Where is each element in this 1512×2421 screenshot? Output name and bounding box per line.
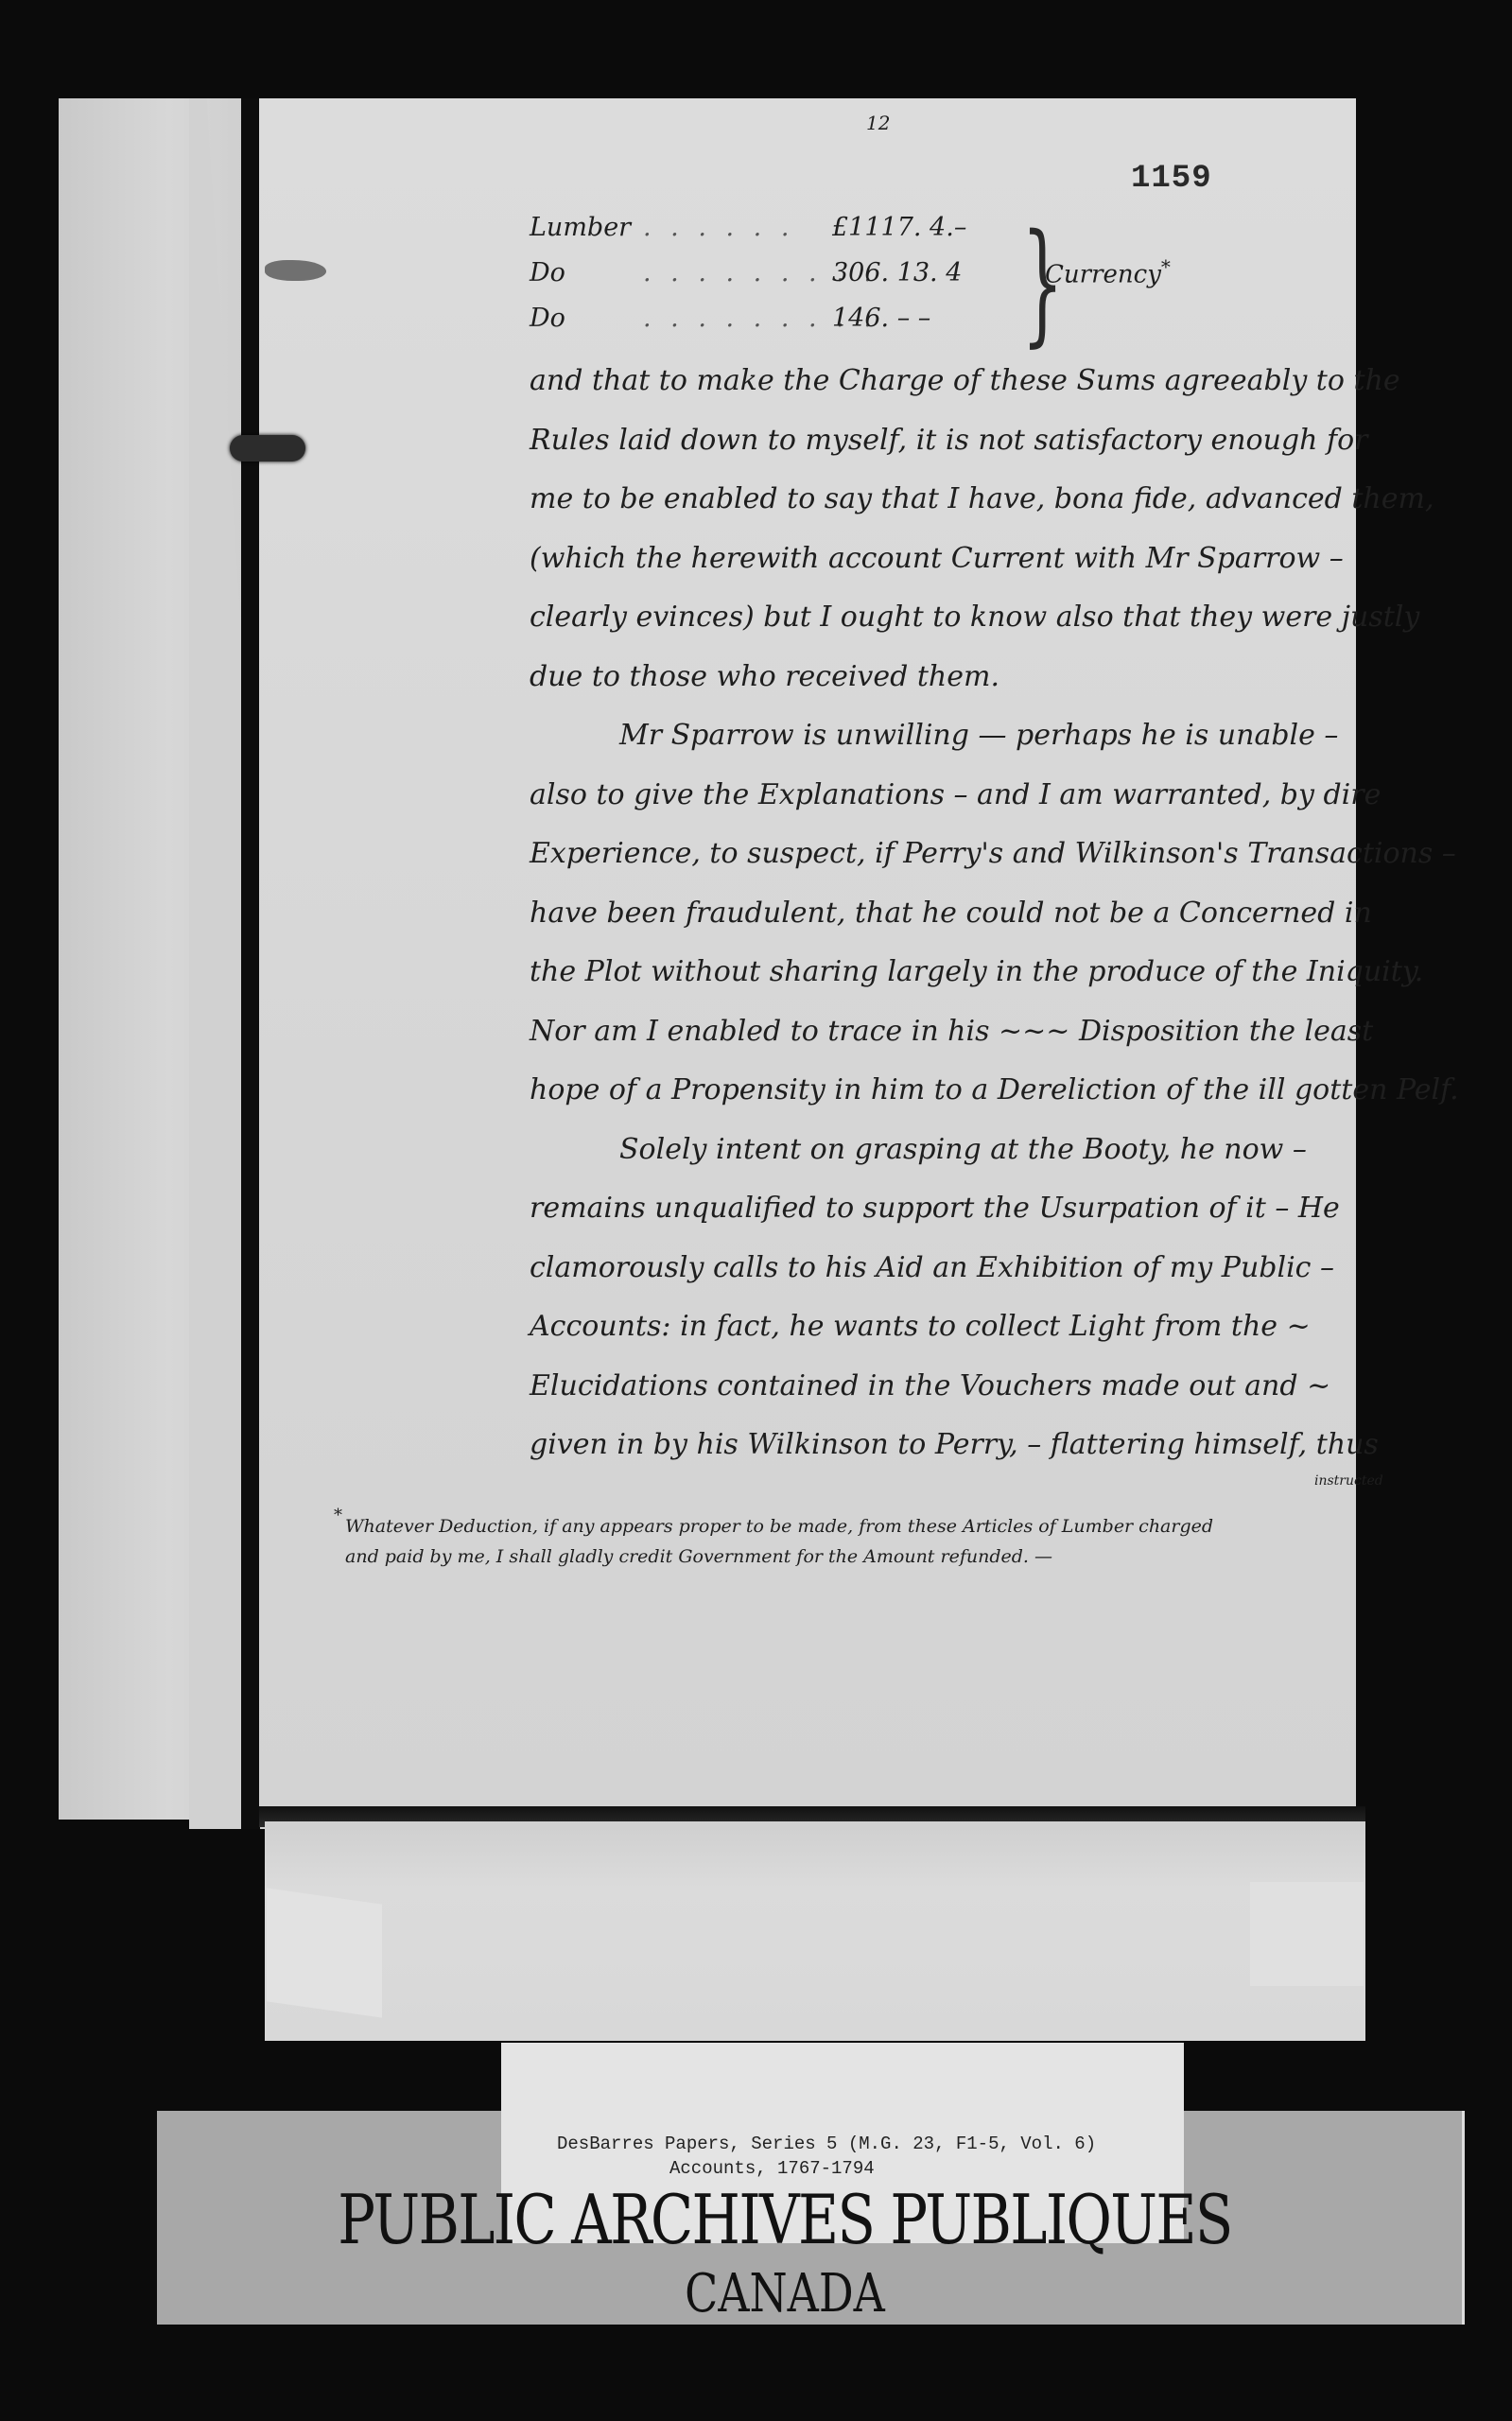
text-line: due to those who received them. xyxy=(530,648,1362,707)
text-line: me to be enabled to say that I have, bon… xyxy=(530,470,1362,530)
ledger-row: Lumber . . . . . . £1117. 4.– xyxy=(530,213,1286,258)
text-line: hope of a Propensity in him to a Derelic… xyxy=(530,1061,1362,1121)
ledger-row: Do . . . . . . . . . 146. – – xyxy=(530,304,1286,349)
interlinear-note: instructed xyxy=(1314,1473,1383,1489)
lower-tucked-leaf xyxy=(265,1821,1365,2041)
currency-label: Currency xyxy=(1045,261,1161,289)
ledger-amount: 306. 13. 4 xyxy=(832,258,962,287)
text-line: Elucidations contained in the Vouchers m… xyxy=(530,1357,1362,1417)
paragraph-start-line: Solely intent on grasping at the Booty, … xyxy=(530,1121,1362,1180)
text-line: Experience, to suspect, if Perry's and W… xyxy=(530,825,1362,884)
footnote-marker: * xyxy=(334,1506,342,1525)
binding-gap xyxy=(241,98,260,1829)
ledger-item: Do xyxy=(530,258,565,287)
footnote: * Whatever Deduction, if any appears pro… xyxy=(345,1511,1366,1572)
archive-country: CANADA xyxy=(296,2263,1273,2325)
footnote-line: Whatever Deduction, if any appears prope… xyxy=(345,1511,1366,1541)
text-line: Nor am I enabled to trace in his ~~~ Dis… xyxy=(530,1002,1362,1062)
currency-note: Currency* xyxy=(1045,255,1171,289)
footnote-asterisk: * xyxy=(1161,255,1171,278)
text-line: clamorously calls to his Aid an Exhibiti… xyxy=(530,1239,1362,1298)
reference-line-series: Accounts, 1767-1794 xyxy=(669,2158,875,2179)
ink-blot xyxy=(265,260,326,281)
ledger-item: Lumber xyxy=(530,213,631,242)
letter-body: and that to make the Charge of these Sum… xyxy=(530,352,1362,1475)
ledger-item: Do xyxy=(530,304,565,333)
archive-title: PUBLIC ARCHIVES PUBLIQUES xyxy=(296,2180,1273,2259)
ledger-amount: 146. – – xyxy=(832,304,930,333)
ledger-leader-dots: . . . . . . xyxy=(643,213,794,242)
text-line: given in by his Wilkinson to Perry, – fl… xyxy=(530,1416,1362,1475)
tape-strip-right xyxy=(1250,1882,1364,1986)
text-line: remains unqualified to support the Usurp… xyxy=(530,1179,1362,1239)
binding-clip-icon xyxy=(230,435,305,462)
text-line: the Plot without sharing largely in the … xyxy=(530,943,1362,1002)
footnote-line: and paid by me, I shall gladly credit Go… xyxy=(345,1541,1366,1572)
ledger-block: Lumber . . . . . . £1117. 4.– Do . . . .… xyxy=(530,213,1286,349)
text-line: and that to make the Charge of these Sum… xyxy=(530,352,1362,411)
text-line: Rules laid down to myself, it is not sat… xyxy=(530,411,1362,471)
ledger-row: Do . . . . . . . . . 306. 13. 4 xyxy=(530,258,1286,304)
text-line: Accounts: in fact, he wants to collect L… xyxy=(530,1298,1362,1357)
ledger-amount: £1117. 4.– xyxy=(832,213,966,242)
text-line: have been fraudulent, that he could not … xyxy=(530,884,1362,944)
tape-strip-left xyxy=(267,1888,382,2017)
text-line: clearly evinces) but I ought to know als… xyxy=(530,588,1362,648)
page-number-stamp: 1159 xyxy=(1131,161,1212,197)
text-line: (which the herewith account Current with… xyxy=(530,530,1362,589)
reference-line-collection: DesBarres Papers, Series 5 (M.G. 23, F1-… xyxy=(557,2134,1096,2154)
paragraph-start-line: Mr Sparrow is unwilling — perhaps he is … xyxy=(530,706,1362,766)
text-line: also to give the Explanations – and I am… xyxy=(530,766,1362,826)
folio-mark: 12 xyxy=(866,112,890,134)
